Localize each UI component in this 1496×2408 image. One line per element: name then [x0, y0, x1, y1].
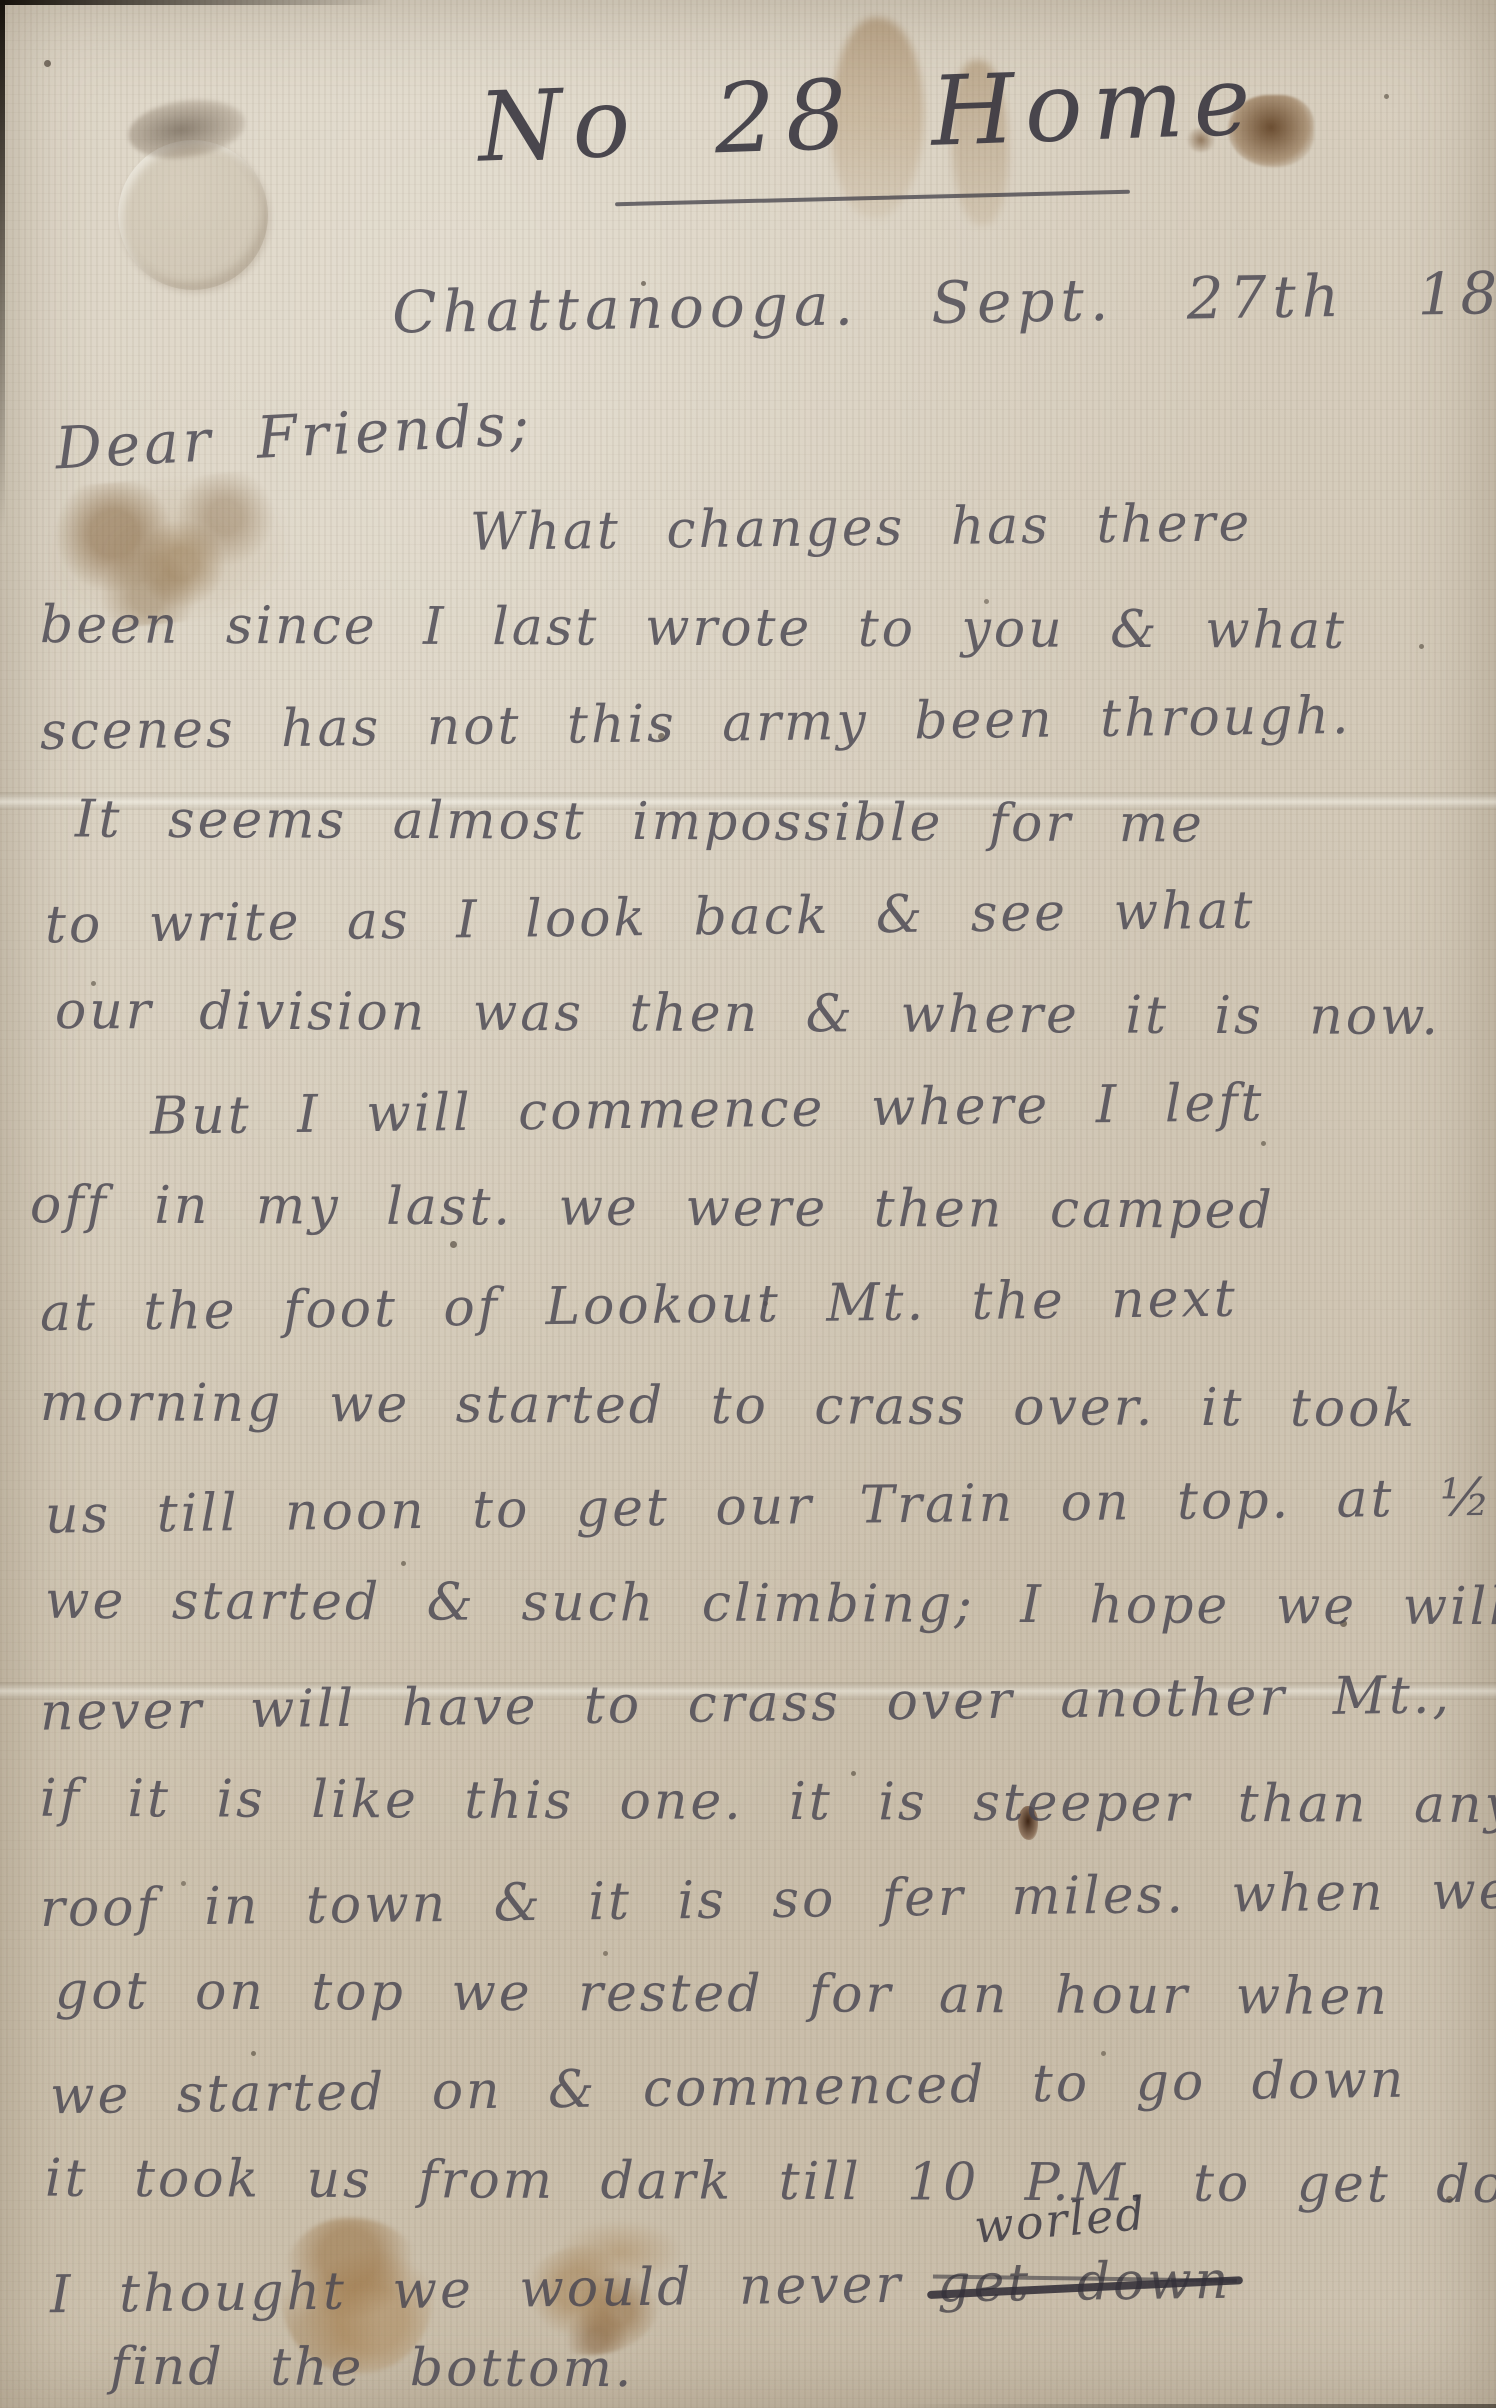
letter-line: scenes has not this army been through. — [40, 686, 1352, 762]
letter-line: at the foot of Lookout Mt. the next — [40, 1269, 1238, 1344]
salutation: Dear Friends; — [54, 390, 535, 483]
scan-edge — [0, 2404, 1496, 2408]
letter-heading: No 28 Home — [476, 44, 1262, 183]
embossed-seal — [118, 140, 268, 290]
letter-line: What changes has there — [470, 493, 1253, 563]
dateline: Chattanooga. Sept. 27th 1863 — [391, 258, 1496, 347]
letter-line-correction: I thought we would neverworledget down — [50, 2251, 1232, 2325]
letter-line: us till noon to get our Train on top. at… — [45, 1466, 1496, 1545]
letter-line: off in my last. we were then camped — [30, 1175, 1275, 1240]
letter-line: to write as I look back & see what — [45, 881, 1256, 956]
letter-line: But I will commence where I left — [150, 1073, 1265, 1147]
letter-closing-line: find the bottom. — [110, 2337, 635, 2399]
letter-line: never will have to crass over another Mt… — [40, 1665, 1453, 1742]
letter-line: been since I last wrote to you & what — [40, 595, 1347, 661]
letter-line: morning we started to crass over. it too… — [40, 1373, 1417, 1439]
letter-line: it took us from dark till 10 P.M. to get… — [45, 2149, 1496, 2216]
letter-line: got on top we rested for an hour when — [55, 1961, 1390, 2027]
struck-word: get down — [937, 2251, 1232, 2315]
letter-line: roof in town & it is so fer miles. when … — [40, 1861, 1496, 1939]
letter-line: if it is like this one. it is steeper th… — [40, 1769, 1496, 1835]
letter-line: we started on & commenced to go down — [50, 2050, 1407, 2127]
scan-edge — [0, 0, 5, 2408]
letter-page: No 28 Home Chattanooga. Sept. 27th 1863 … — [0, 0, 1496, 2408]
scan-edge — [0, 0, 1496, 5]
letter-line: our division was then & where it is now. — [55, 981, 1441, 1047]
letter-line: It seems almost impossible for me — [75, 790, 1205, 855]
correction-pre-text: I thought we would never — [50, 2255, 904, 2325]
struck-word-wrap: worledget down — [937, 2251, 1232, 2315]
letter-line: we started & such climbing; I hope we wi… — [45, 1571, 1496, 1637]
